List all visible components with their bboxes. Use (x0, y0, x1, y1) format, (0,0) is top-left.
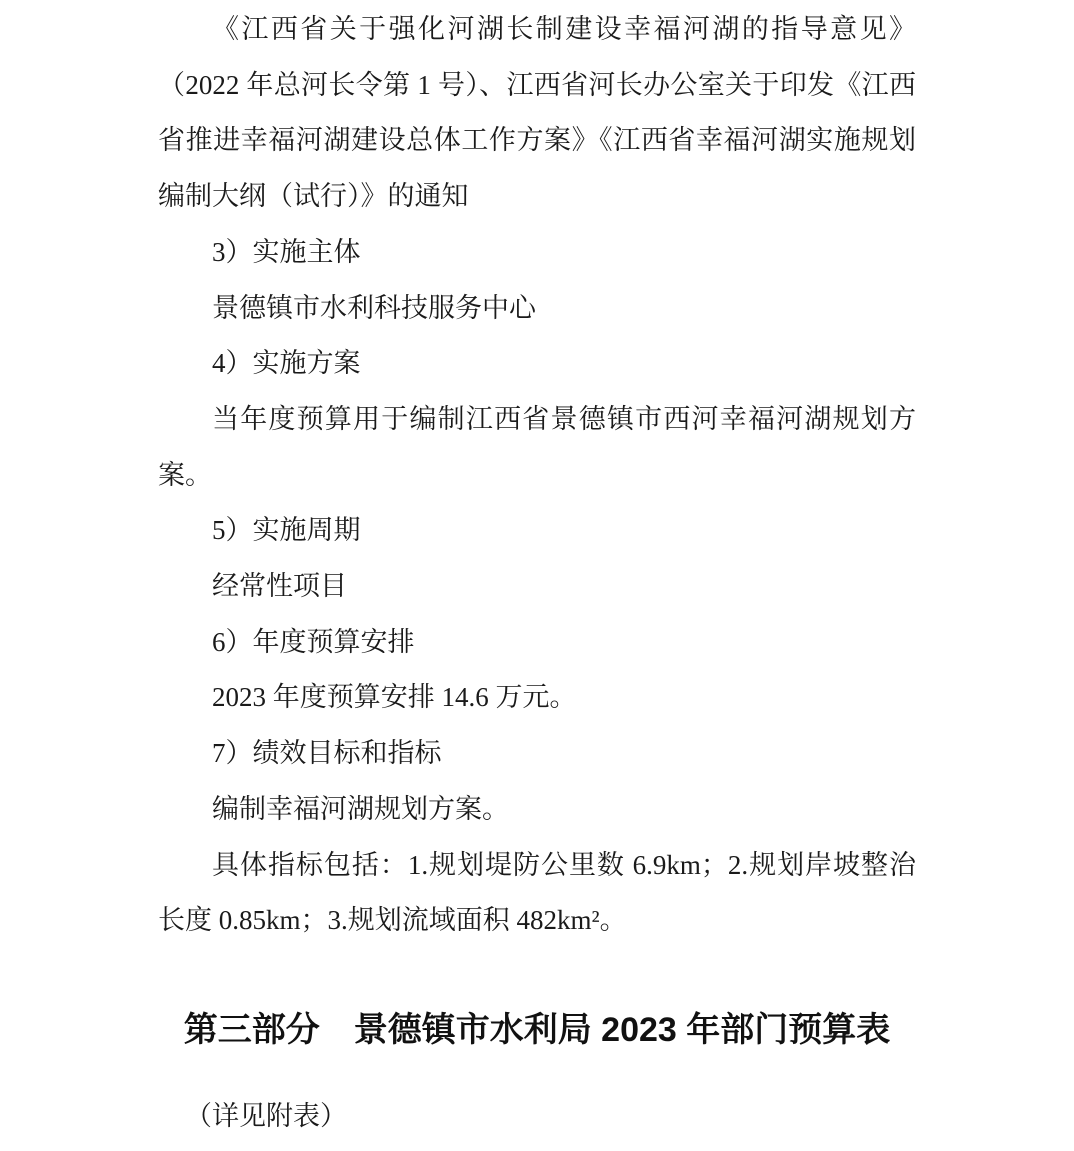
paragraph-implementation-plan: 当年度预算用于编制江西省景德镇市西河幸福河湖规划方案。 (158, 392, 916, 503)
paragraph-item3-label: 3）实施主体 (158, 225, 916, 281)
paragraph-item6-label: 6）年度预算安排 (158, 615, 916, 671)
paragraph-item4-label: 4）实施方案 (158, 336, 916, 392)
paragraph-performance-goal: 编制幸福河湖规划方案。 (158, 782, 916, 838)
document-page: 《江西省关于强化河湖长制建设幸福河湖的指导意见》（2022 年总河长令第 1 号… (0, 0, 1074, 1151)
paragraph-legal-basis: 《江西省关于强化河湖长制建设幸福河湖的指导意见》（2022 年总河长令第 1 号… (158, 2, 916, 225)
paragraph-annual-budget: 2023 年度预算安排 14.6 万元。 (158, 670, 916, 726)
paragraph-specific-indicators: 具体指标包括：1.规划堤防公里数 6.9km；2.规划岸坡整治长度 0.85km… (158, 838, 916, 949)
paragraph-implementing-body: 景德镇市水利科技服务中心 (158, 281, 916, 337)
paragraph-item5-label: 5）实施周期 (158, 503, 916, 559)
section-heading: 第三部分 景德镇市水利局 2023 年部门预算表 (158, 1002, 916, 1058)
closing-note: （详见附表） (158, 1089, 916, 1145)
paragraph-project-cycle: 经常性项目 (158, 559, 916, 615)
paragraph-item7-label: 7）绩效目标和指标 (158, 726, 916, 782)
